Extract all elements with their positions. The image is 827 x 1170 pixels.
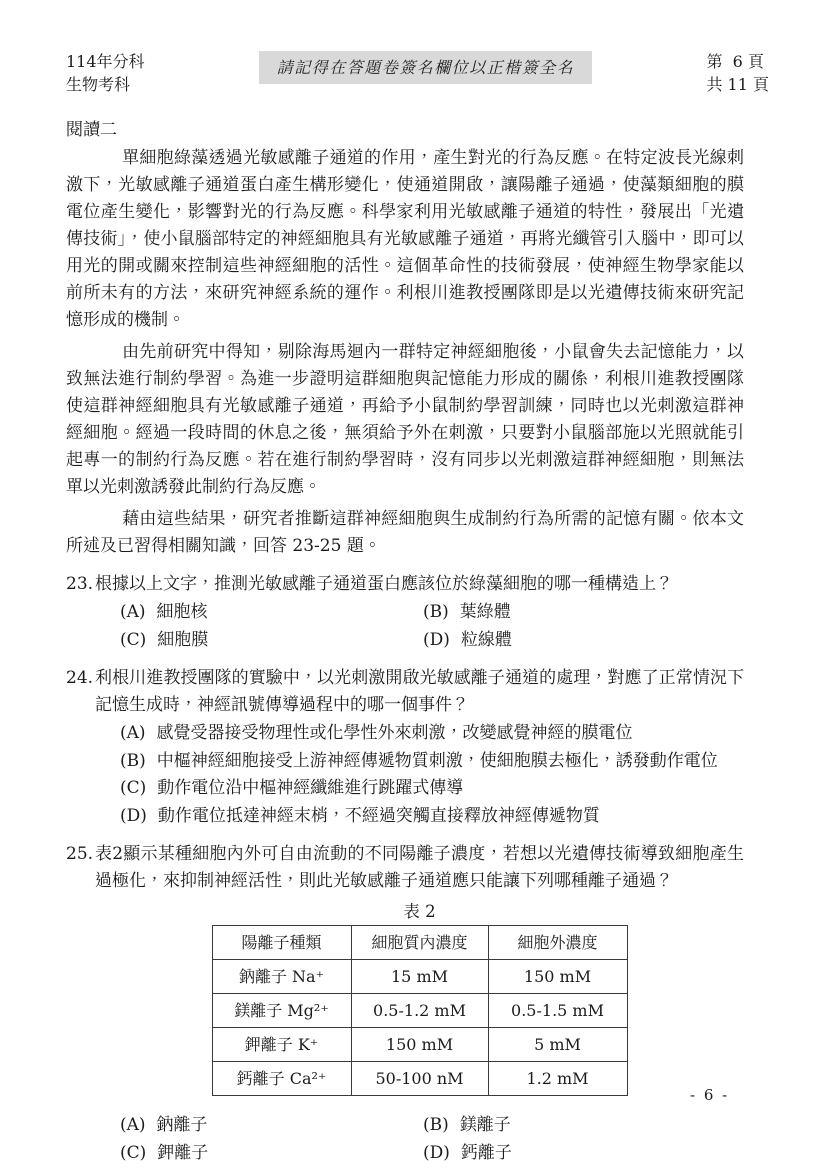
- option-24-A: (A) 感覺受器接受物理性或化學性外來刺激，改變感覺神經的膜電位: [120, 720, 744, 748]
- option-text: 鎂離子: [460, 1112, 511, 1140]
- option-label: (C): [120, 775, 146, 803]
- question-body: 表2顯示某種細胞內外可自由流動的不同陽離子濃度，若想以光遺傳技術導致細胞產生過極…: [95, 841, 744, 1167]
- option-25-C: (C) 鉀離子: [120, 1140, 423, 1168]
- question-number: 23.: [66, 571, 95, 654]
- option-label: (B): [423, 599, 449, 627]
- option-label: (D): [423, 1140, 450, 1168]
- option-label: (A): [120, 720, 146, 748]
- exam-content: 閱讀二 單細胞綠藻透過光敏感離子通道的作用，產生對光的行為反應。在特定波長光線刺…: [66, 117, 744, 1167]
- table-cell: 鈉離子 Na⁺: [212, 960, 351, 994]
- table-cell: 50-100 nM: [351, 1062, 488, 1096]
- option-24-C: (C) 動作電位沿中樞神經纖維進行跳躍式傳導: [120, 775, 744, 803]
- table-caption: 表 2: [95, 901, 744, 923]
- option-label: (A): [120, 599, 146, 627]
- option-label: (C): [120, 1140, 146, 1168]
- current-page-label: 第 6 頁: [706, 50, 769, 73]
- question-body: 利根川進教授團隊的實驗中，以光刺激開啟光敏感離子通道的處理，對應了正常情況下記憶…: [95, 665, 744, 830]
- table-row-calcium: 鈣離子 Ca²⁺ 50-100 nM 1.2 mM: [212, 1062, 627, 1096]
- table-header-cell: 陽離子種類: [212, 926, 351, 960]
- table-cell: 鈣離子 Ca²⁺: [212, 1062, 351, 1096]
- footer-page-number: - 6 -: [690, 1086, 729, 1104]
- question-stem: 利根川進教授團隊的實驗中，以光刺激開啟光敏感離子通道的處理，對應了正常情況下記憶…: [95, 665, 744, 719]
- option-25-D: (D) 鈣離子: [423, 1140, 744, 1168]
- exam-subject: 生物考科: [66, 73, 145, 96]
- table-header-row: 陽離子種類 細胞質內濃度 細胞外濃度: [212, 926, 627, 960]
- option-text: 動作電位沿中樞神經纖維進行跳躍式傳導: [157, 775, 463, 803]
- option-text: 粒線體: [461, 627, 512, 655]
- option-23-C: (C) 細胞膜: [120, 627, 423, 655]
- option-23-D: (D) 粒線體: [423, 627, 744, 655]
- reading-section-title: 閱讀二: [66, 117, 744, 144]
- reading-paragraph-3: 藉由這些結果，研究者推斷這群神經細胞與生成制約行為所需的記憶有關。依本文所述及已…: [66, 506, 744, 560]
- option-23-B: (B) 葉綠體: [423, 599, 744, 627]
- question-24-options: (A) 感覺受器接受物理性或化學性外來刺激，改變感覺神經的膜電位 (B) 中樞神…: [95, 720, 744, 830]
- question-23-options: (A) 細胞核 (B) 葉綠體 (C) 細胞膜 (D) 粒線體: [95, 599, 744, 654]
- question-stem: 根據以上文字，推測光敏感離子通道蛋白應該位於綠藻細胞的哪一種構造上？: [95, 571, 744, 598]
- table-row-sodium: 鈉離子 Na⁺ 15 mM 150 mM: [212, 960, 627, 994]
- table-header-cell: 細胞質內濃度: [351, 926, 488, 960]
- table-cell: 15 mM: [351, 960, 488, 994]
- option-23-A: (A) 細胞核: [120, 599, 423, 627]
- table-row-magnesium: 鎂離子 Mg²⁺ 0.5-1.2 mM 0.5-1.5 mM: [212, 994, 627, 1028]
- option-text: 葉綠體: [460, 599, 511, 627]
- question-25: 25. 表2顯示某種細胞內外可自由流動的不同陽離子濃度，若想以光遺傳技術導致細胞…: [66, 841, 744, 1167]
- option-25-A: (A) 鈉離子: [120, 1112, 423, 1140]
- table-row-potassium: 鉀離子 K⁺ 150 mM 5 mM: [212, 1028, 627, 1062]
- option-25-B: (B) 鎂離子: [423, 1112, 744, 1140]
- reading-paragraph-1: 單細胞綠藻透過光敏感離子通道的作用，產生對光的行為反應。在特定波長光線刺激下，光…: [66, 145, 744, 334]
- option-label: (A): [120, 1112, 146, 1140]
- option-text: 動作電位抵達神經末梢，不經過突觸直接釋放神經傳遞物質: [158, 803, 600, 831]
- table-cell: 鉀離子 K⁺: [212, 1028, 351, 1062]
- exam-page: 114年分科 生物考科 請記得在答題卷簽名欄位以正楷簽全名 第 6 頁 共 11…: [0, 0, 827, 1170]
- table-cell: 5 mM: [488, 1028, 627, 1062]
- option-24-B: (B) 中樞神經細胞接受上游神經傳遞物質刺激，使細胞膜去極化，誘發動作電位: [120, 748, 744, 776]
- question-body: 根據以上文字，推測光敏感離子通道蛋白應該位於綠藻細胞的哪一種構造上？ (A) 細…: [95, 571, 744, 654]
- option-text: 感覺受器接受物理性或化學性外來刺激，改變感覺神經的膜電位: [157, 720, 633, 748]
- exam-info: 114年分科 生物考科: [66, 50, 145, 96]
- question-number: 25.: [66, 841, 95, 1167]
- option-label: (D): [120, 803, 147, 831]
- page-indicator: 第 6 頁 共 11 頁: [706, 50, 769, 96]
- table-cell: 0.5-1.5 mM: [488, 994, 627, 1028]
- question-25-options: (A) 鈉離子 (B) 鎂離子 (C) 鉀離子 (D) 鈣離子: [95, 1112, 744, 1167]
- option-text: 細胞膜: [157, 627, 208, 655]
- question-number: 24.: [66, 665, 95, 830]
- table-header-cell: 細胞外濃度: [488, 926, 627, 960]
- question-24: 24. 利根川進教授團隊的實驗中，以光刺激開啟光敏感離子通道的處理，對應了正常情…: [66, 665, 744, 830]
- question-stem: 表2顯示某種細胞內外可自由流動的不同陽離子濃度，若想以光遺傳技術導致細胞產生過極…: [95, 841, 744, 895]
- page-header: 114年分科 生物考科 請記得在答題卷簽名欄位以正楷簽全名 第 6 頁 共 11…: [66, 50, 769, 96]
- option-text: 鈣離子: [461, 1140, 512, 1168]
- reading-paragraph-2: 由先前研究中得知，剔除海馬迴內一群特定神經細胞後，小鼠會失去記憶能力，以致無法進…: [66, 339, 744, 501]
- option-label: (C): [120, 627, 146, 655]
- question-23: 23. 根據以上文字，推測光敏感離子通道蛋白應該位於綠藻細胞的哪一種構造上？ (…: [66, 571, 744, 654]
- option-text: 細胞核: [157, 599, 208, 627]
- option-text: 鈉離子: [157, 1112, 208, 1140]
- ion-concentration-table: 陽離子種類 細胞質內濃度 細胞外濃度 鈉離子 Na⁺ 15 mM 150 mM …: [212, 925, 628, 1096]
- table-cell: 0.5-1.2 mM: [351, 994, 488, 1028]
- table-cell: 150 mM: [488, 960, 627, 994]
- option-label: (D): [423, 627, 450, 655]
- table-cell: 鎂離子 Mg²⁺: [212, 994, 351, 1028]
- option-text: 鉀離子: [157, 1140, 208, 1168]
- signature-notice: 請記得在答題卷簽名欄位以正楷簽全名: [259, 51, 593, 84]
- table-cell: 1.2 mM: [488, 1062, 627, 1096]
- option-label: (B): [120, 748, 146, 776]
- option-24-D: (D) 動作電位抵達神經末梢，不經過突觸直接釋放神經傳遞物質: [120, 803, 744, 831]
- table-cell: 150 mM: [351, 1028, 488, 1062]
- option-text: 中樞神經細胞接受上游神經傳遞物質刺激，使細胞膜去極化，誘發動作電位: [157, 748, 718, 776]
- exam-year: 114年分科: [66, 50, 145, 73]
- total-pages-label: 共 11 頁: [706, 73, 769, 96]
- option-label: (B): [423, 1112, 449, 1140]
